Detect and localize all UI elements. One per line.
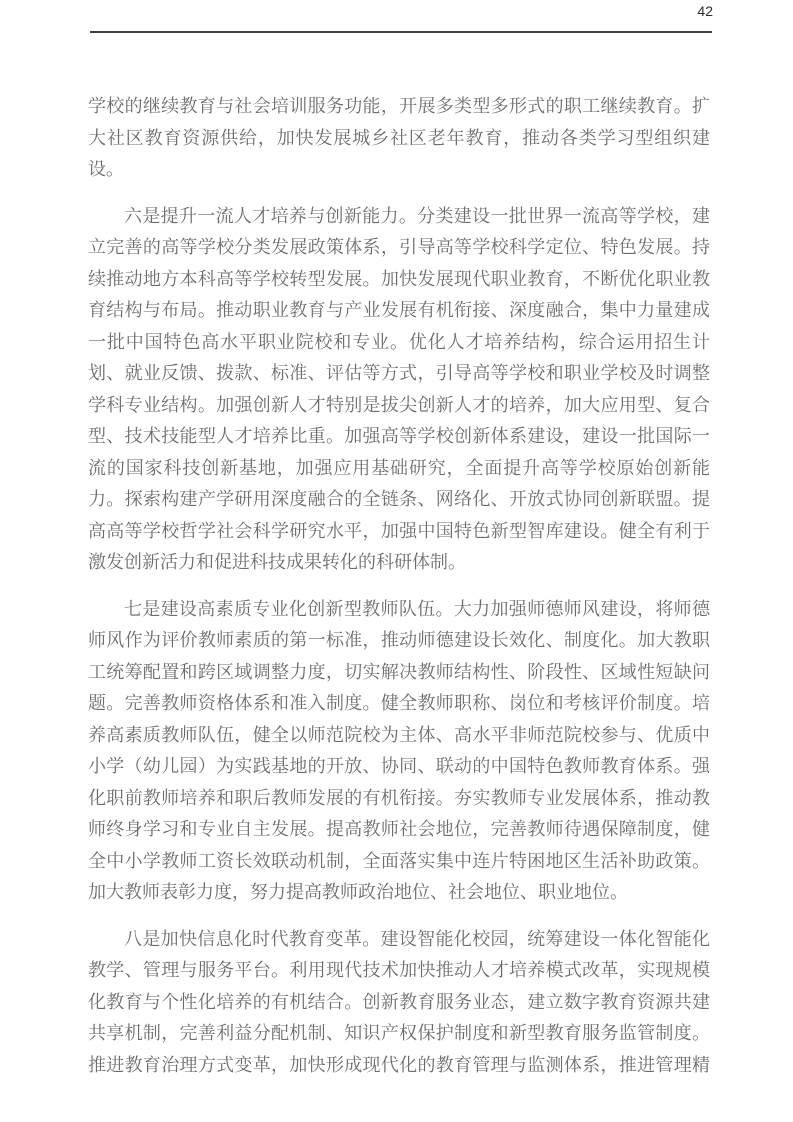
page-number: 42 <box>697 3 713 19</box>
paragraph: 学校的继续教育与社会培训服务功能，开展多类型多形式的职工继续教育。扩大社区教育资… <box>88 91 710 186</box>
text-line: 大社区教育资源供给，加快发展城乡社区老年教育，推动各类学习型组织建 <box>88 123 710 155</box>
text-line: 题。完善教师资格体系和准入制度。健全教师职称、岗位和考核评价制度。培 <box>88 688 710 720</box>
text-line: 划、就业反馈、拨款、标准、评估等方式，引导高等学校和职业学校及时调整 <box>88 358 710 390</box>
text-line: 化教育与个性化培养的有机结合。创新教育服务业态，建立数字教育资源共建 <box>88 987 710 1019</box>
text-line: 学校的继续教育与社会培训服务功能，开展多类型多形式的职工继续教育。扩 <box>88 91 710 123</box>
header-rule-divider <box>90 31 712 33</box>
paragraph: 八是加快信息化时代教育变革。建设智能化校园，统筹建设一体化智能化教学、管理与服务… <box>88 924 710 1082</box>
text-line: 流的国家科技创新基地，加强应用基础研究，全面提升高等学校原始创新能 <box>88 453 710 485</box>
text-line: 七是建设高素质专业化创新型教师队伍。大力加强师德师风建设，将师德 <box>88 594 710 626</box>
text-line: 立完善的高等学校分类发展政策体系，引导高等学校科学定位、特色发展。持 <box>88 232 710 264</box>
document-page: 42 学校的继续教育与社会培训服务功能，开展多类型多形式的职工继续教育。扩大社区… <box>0 0 793 1122</box>
text-line: 育结构与布局。推动职业教育与产业发展有机衔接、深度融合，集中力量建成 <box>88 295 710 327</box>
text-line: 高高等学校哲学社会科学研究水平，加强中国特色新型智库建设。健全有利于 <box>88 516 710 548</box>
text-line: 六是提升一流人才培养与创新能力。分类建设一批世界一流高等学校，建 <box>88 201 710 233</box>
paragraph: 六是提升一流人才培养与创新能力。分类建设一批世界一流高等学校，建立完善的高等学校… <box>88 201 710 579</box>
text-line: 共享机制，完善利益分配机制、知识产权保护制度和新型教育服务监管制度。 <box>88 1018 710 1050</box>
text-line: 设。 <box>88 154 710 186</box>
text-line: 推进教育治理方式变革，加快形成现代化的教育管理与监测体系，推进管理精 <box>88 1050 710 1082</box>
text-line: 续推动地方本科高等学校转型发展。加快发展现代职业教育，不断优化职业教 <box>88 264 710 296</box>
text-line: 教学、管理与服务平台。利用现代技术加快推动人才培养模式改革，实现规模 <box>88 955 710 987</box>
text-line: 一批中国特色高水平职业院校和专业。优化人才培养结构，综合运用招生计 <box>88 327 710 359</box>
text-line: 八是加快信息化时代教育变革。建设智能化校园，统筹建设一体化智能化 <box>88 924 710 956</box>
text-line: 师终身学习和专业自主发展。提高教师社会地位，完善教师待遇保障制度，健 <box>88 814 710 846</box>
text-line: 加大教师表彰力度，努力提高教师政治地位、社会地位、职业地位。 <box>88 877 710 909</box>
text-line: 学科专业结构。加强创新人才特别是拔尖创新人才的培养，加大应用型、复合 <box>88 390 710 422</box>
text-line: 型、技术技能型人才培养比重。加强高等学校创新体系建设，建设一批国际一 <box>88 421 710 453</box>
text-line: 养高素质教师队伍，健全以师范院校为主体、高水平非师范院校参与、优质中 <box>88 720 710 752</box>
text-line: 力。探索构建产学研用深度融合的全链条、网络化、开放式协同创新联盟。提 <box>88 484 710 516</box>
text-line: 师风作为评价教师素质的第一标准，推动师德建设长效化、制度化。加大教职 <box>88 625 710 657</box>
text-line: 小学（幼儿园）为实践基地的开放、协同、联动的中国特色教师教育体系。强 <box>88 751 710 783</box>
text-line: 全中小学教师工资长效联动机制，全面落实集中连片特困地区生活补助政策。 <box>88 846 710 878</box>
text-line: 激发创新活力和促进科技成果转化的科研体制。 <box>88 547 710 579</box>
text-line: 化职前教师培养和职后教师发展的有机衔接。夯实教师专业发展体系，推动教 <box>88 783 710 815</box>
text-line: 工统筹配置和跨区域调整力度，切实解决教师结构性、阶段性、区域性短缺问 <box>88 657 710 689</box>
paragraph: 七是建设高素质专业化创新型教师队伍。大力加强师德师风建设，将师德师风作为评价教师… <box>88 594 710 909</box>
document-body: 学校的继续教育与社会培训服务功能，开展多类型多形式的职工继续教育。扩大社区教育资… <box>88 91 710 1081</box>
